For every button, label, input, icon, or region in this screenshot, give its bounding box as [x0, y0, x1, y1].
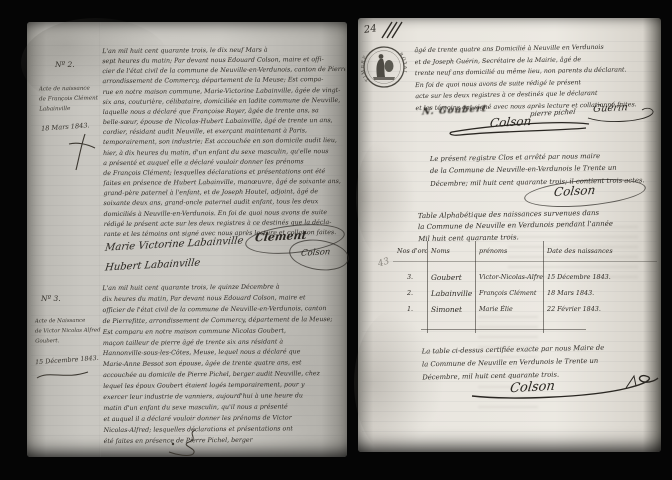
table-cell: Simonet — [427, 305, 475, 314]
table-rule-header — [393, 261, 657, 262]
act3-margin-number: Nº 3. — [41, 294, 61, 303]
closure-statement: Le présent registre Clos et arrêté par n… — [430, 149, 659, 190]
table-rule-bottom — [421, 329, 586, 330]
act2-body: L'an mil huit cent quarante trois, le di… — [102, 45, 347, 240]
table-cell: 18 Mars 1843. — [543, 289, 657, 297]
act3-body: L'an mil huit cent quarante trois, le qu… — [102, 282, 346, 448]
table-header: prénoms — [475, 247, 543, 255]
svg-text:TIMBRE: TIMBRE — [361, 54, 371, 83]
stamp-text-left: TIMBRE — [361, 54, 371, 83]
colson-signature-left: Colson — [300, 247, 330, 259]
table-cell: François Clément — [475, 289, 543, 297]
handwritten-line: hier, à dix heures du matin, d'un enfant… — [103, 147, 346, 159]
handwritten-line: Labainville — [39, 103, 101, 114]
handwritten-line: de Pierrefitte, arrondissement de Commer… — [103, 315, 346, 328]
table-row: 3.GoubertVictor-Nicolas-Alfred15 Décembr… — [393, 269, 657, 285]
colson-signature-3: Colson — [509, 379, 556, 396]
stamp-figure-head — [379, 54, 384, 59]
table-cell: Goubert — [427, 273, 475, 282]
table-cell: Victor-Nicolas-Alfred — [475, 273, 543, 281]
table-header: Nos d'ordre — [393, 247, 427, 255]
register-scan: Nº 2. Acte de naissancede François Cléme… — [0, 0, 672, 480]
act2-margin-title: Acte de naissancede François ClémentLaba… — [39, 83, 102, 114]
stamp-figure-body — [376, 59, 385, 77]
handwritten-line: de François Clément — [39, 93, 101, 104]
table-cell: Labainville — [427, 289, 475, 298]
table-cell: 15 Décembre 1843. — [543, 273, 657, 281]
margin-date-flourish — [35, 368, 90, 382]
table-cell: Marie Élie — [475, 305, 543, 313]
svg-text:ROYAL: ROYAL — [397, 51, 407, 75]
stamp-figure-shield — [385, 60, 394, 72]
witness-signature: Hubert Labainville — [104, 257, 200, 273]
colson-signature-2: Colson — [553, 183, 596, 199]
act3-margin-title: Acte de Naissancede Victor Nicolas Alfre… — [35, 315, 104, 346]
clement-signature: Clement — [254, 229, 307, 245]
table-row: 2.LabainvilleFrançois Clément18 Mars 184… — [393, 285, 657, 301]
pichel-signature: pierre pichel — [530, 108, 576, 118]
guerin-signature: Guérin — [592, 102, 628, 115]
table-cell: 22 Février 1843. — [543, 305, 657, 313]
table-body: 3.GoubertVictor-Nicolas-Alfred15 Décembr… — [393, 269, 657, 317]
table-header: Noms — [427, 247, 475, 255]
table-row: 1.SimonetMarie Élie22 Février 1843. — [393, 301, 657, 317]
stamp-text-right: ROYAL — [397, 51, 407, 75]
left-page: Nº 2. Acte de naissancede François Cléme… — [27, 22, 347, 457]
act2-margin-number: Nº 2. — [55, 60, 75, 69]
act2-margin-date: 18 Mars 1843. — [41, 121, 90, 132]
table-header: Date des naissances — [543, 247, 657, 255]
act3-margin-date: 15 Décembre 1843. — [35, 354, 99, 366]
folio-pen-flourish — [376, 20, 404, 40]
table-header-row: Nos d'ordre Noms prénoms Date des naissa… — [393, 241, 657, 261]
table-cell: 1. — [393, 305, 427, 313]
table-title: Table Alphabétique des naissances surven… — [418, 207, 659, 245]
margin-cross-mark — [67, 132, 97, 172]
right-page: 24 TIMBRE ROYAL âgé de trente quatre ans… — [358, 18, 661, 452]
table-certification: La table ci-dessus certifiée exacte par … — [422, 341, 659, 385]
colson-signature-1: Colson — [489, 114, 532, 130]
declarant-signature-scrawl: N. Goubert — [421, 104, 487, 117]
handwritten-line: été faites en présence de Pierre Pichel,… — [104, 435, 347, 448]
births-table: Nos d'ordre Noms prénoms Date des naissa… — [393, 241, 657, 333]
folio-number: 24 — [363, 23, 377, 36]
stamp-figure-pedestal — [373, 77, 395, 80]
handwritten-line: Goubert. — [35, 335, 103, 346]
handwritten-line: de Victor Nicolas Alfred — [35, 325, 103, 336]
paper-stain — [356, 138, 416, 258]
timbre-royal-stamp: TIMBRE ROYAL — [361, 44, 407, 90]
table-cell: 2. — [393, 289, 427, 297]
pencil-folio-number: 43 — [377, 256, 391, 269]
table-cell: 3. — [393, 273, 427, 281]
